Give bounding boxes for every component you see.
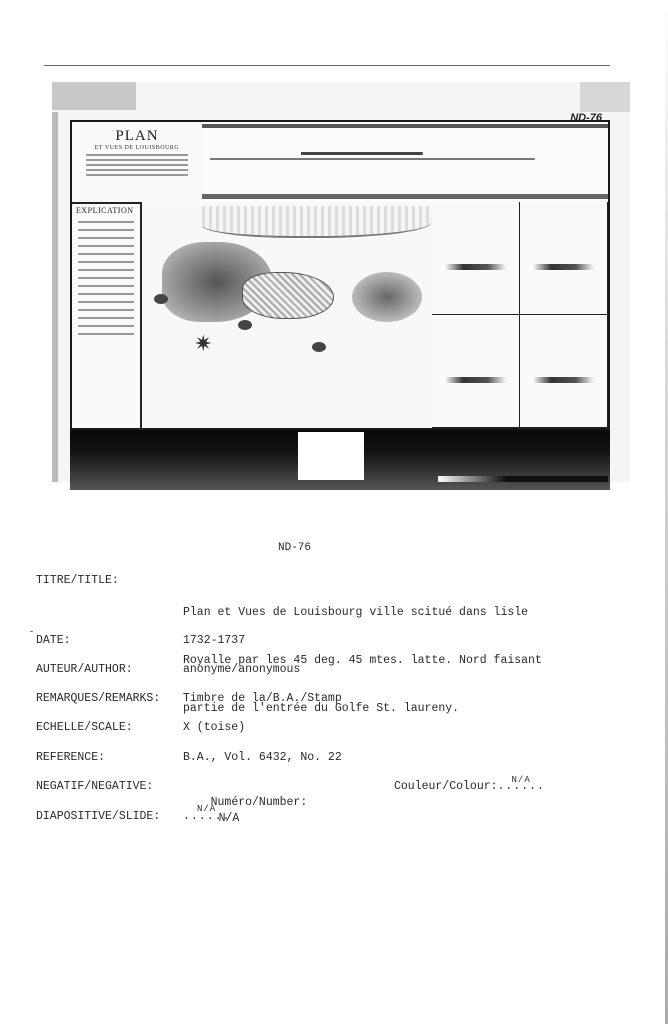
tape-left — [52, 82, 136, 110]
colour-label: Couleur/Colour: — [394, 780, 498, 793]
field-value: 1732-1737 — [183, 633, 245, 649]
map-legend: EXPLICATION — [72, 202, 142, 428]
slide-value: N/A — [197, 801, 216, 817]
map-title: PLAN — [72, 128, 202, 145]
harbour-plan: ✷ — [142, 202, 434, 428]
card-id: ND-76 — [278, 542, 311, 554]
top-divider — [44, 65, 610, 66]
town-grid — [242, 272, 334, 319]
colour-value: N/A — [512, 772, 531, 788]
field-label: REMARQUES/REMARKS: — [36, 691, 160, 707]
photo-bottom-edge — [438, 476, 608, 482]
field-label: ECHELLE/SCALE: — [36, 720, 133, 736]
map-subtitle: ET VUES DE LOUISBOURG — [72, 145, 202, 151]
colour-dots: ......N/A — [498, 780, 545, 793]
cartouche-text — [82, 154, 192, 176]
view-vignettes — [432, 202, 608, 428]
view-panel — [520, 315, 608, 428]
field-label: TITRE/TITLE: — [36, 573, 119, 589]
field-label: DATE: — [36, 633, 71, 649]
stray-mark — [30, 631, 33, 632]
field-label: REFERENCE: — [36, 750, 105, 766]
archive-label — [298, 432, 364, 480]
view-panel — [432, 315, 520, 428]
field-value: anonyme/anonymous — [183, 662, 300, 678]
coastal-panorama — [202, 122, 608, 204]
field-value: B.A., Vol. 6432, No. 22 — [183, 750, 342, 766]
field-label: AUTEUR/AUTHOR: — [36, 662, 133, 678]
field-label: DIAPOSITIVE/SLIDE: — [36, 809, 160, 825]
field-label: NEGATIF/NEGATIVE: — [36, 779, 153, 795]
islet — [238, 320, 252, 330]
compass-rose-icon: ✷ — [194, 332, 212, 357]
negative-number-label: Numéro/Number: — [211, 796, 308, 809]
view-panel — [520, 202, 608, 315]
map-title-cartouche: PLAN ET VUES DE LOUISBOURG — [72, 122, 204, 204]
colour-field: Couleur/Colour:......N/A — [394, 779, 545, 795]
map-photograph: ND-76 PLAN ET VUES DE LOUISBOURG EXPLICA… — [52, 82, 630, 482]
view-panel — [432, 202, 520, 315]
north-shore — [202, 206, 432, 238]
battery-island — [352, 272, 422, 322]
islet — [154, 294, 168, 304]
photo-edge — [52, 112, 58, 482]
field-value: X (toise) — [183, 720, 245, 736]
legend-heading: EXPLICATION — [76, 206, 136, 215]
historic-map: PLAN ET VUES DE LOUISBOURG EXPLICATION ✷ — [70, 120, 610, 430]
tape-right — [580, 82, 630, 112]
field-value: ......N/A — [183, 809, 230, 825]
islet — [312, 342, 326, 352]
field-value: Timbre de la/B.A./Stamp — [183, 691, 342, 707]
